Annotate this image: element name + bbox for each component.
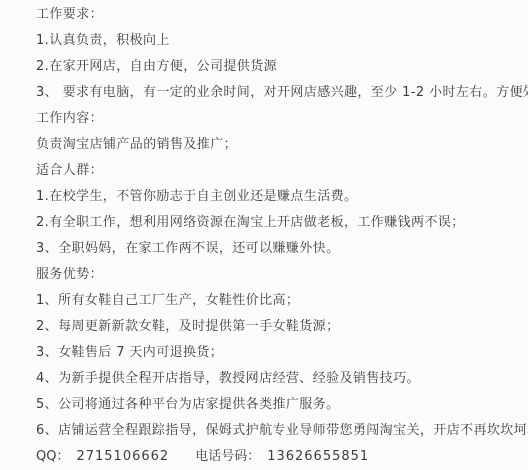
work-content-item: 负责淘宝店铺产品的销售及推广； [36,132,522,158]
section-service-advantages: 服务优势： 1、所有女鞋自己工厂生产，女鞋性价比高； 2、每周更新新款女鞋，及时… [36,262,522,444]
contact-line: QQ：2715106662电话号码：13626655851 [36,444,522,470]
service-advantage-item: 4、为新手提供全程开店指导，教授网店经营、经验及销售技巧。 [36,366,522,392]
section-heading-work-requirements: 工作要求： [36,2,522,28]
section-work-content: 工作内容： 负责淘宝店铺产品的销售及推广； [36,106,522,158]
section-heading-target-audience: 适合人群： [36,158,522,184]
qq-label: QQ： [36,449,69,464]
target-audience-item: 1.在校学生，不管你励志于自主创业还是赚点生活费。 [36,184,522,210]
service-advantage-item: 3、女鞋售后 7 天内可退换货； [36,340,522,366]
work-requirement-item: 2.在家开网店，自由方便，公司提供货源 [36,54,522,80]
work-requirement-item: 1.认真负责，积极向上 [36,28,522,54]
qq-number: 2715106662 [76,449,169,464]
section-work-requirements: 工作要求： 1.认真负责，积极向上 2.在家开网店，自由方便，公司提供货源 3、… [36,2,522,106]
work-requirement-item: 3、 要求有电脑，有一定的业余时间，对开网店感兴趣，至少 1-2 小时左右。方便… [36,80,522,106]
target-audience-item: 3、全职妈妈，在家工作两不误，还可以赚赚外快。 [36,236,522,262]
section-heading-work-content: 工作内容： [36,106,522,132]
section-heading-service-advantages: 服务优势： [36,262,522,288]
section-target-audience: 适合人群： 1.在校学生，不管你励志于自主创业还是赚点生活费。 2.有全职工作，… [36,158,522,262]
target-audience-item: 2.有全职工作，想利用网络资源在淘宝上开店做老板，工作赚钱两不误； [36,210,522,236]
job-posting-document: 工作要求： 1.认真负责，积极向上 2.在家开网店，自由方便，公司提供货源 3、… [0,0,528,470]
service-advantage-item: 2、每周更新新款女鞋，及时提供第一手女鞋货源； [36,314,522,340]
phone-number: 13626655851 [267,449,369,464]
phone-label: 电话号码： [195,449,260,464]
service-advantage-item: 5、公司将通过各种平台为店家提供各类推广服务。 [36,392,522,418]
service-advantage-item: 1、所有女鞋自己工厂生产，女鞋性价比高； [36,288,522,314]
service-advantage-item: 6、店铺运营全程跟踪指导，保姆式护航专业导师带您勇闯淘宝关，开店不再坎坎坷坷 [36,418,522,444]
